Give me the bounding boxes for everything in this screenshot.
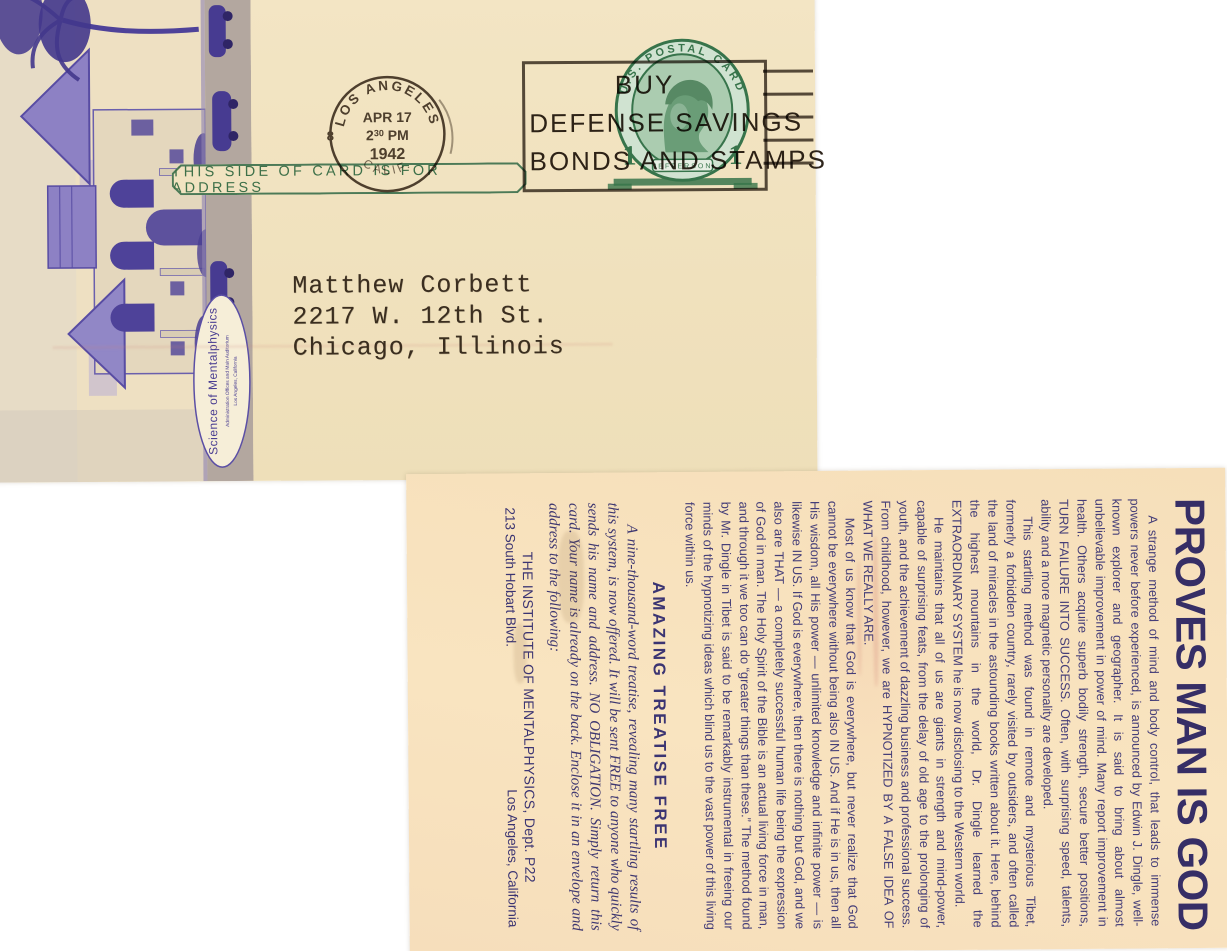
cancel-killer-bars	[763, 69, 814, 179]
postcard-front: Science of Mentalphysics Administration …	[0, 0, 817, 483]
postcard-back-content: PROVES MAN IS GOD A strange method of mi…	[406, 468, 1227, 951]
caption-title: Science of Mentalphysics	[205, 307, 220, 454]
back-paragraph-1: A strange method of mind and body contro…	[1037, 498, 1165, 927]
slogan-cancel: BUY DEFENSE SAVINGS BONDS AND STAMPS	[522, 60, 768, 192]
cancel-line3: BONDS AND STAMPS	[525, 141, 764, 180]
caption-sub1: Administration Offices and Main Auditori…	[225, 335, 232, 427]
institute-city: Los Angeles, California	[505, 789, 521, 927]
postmark-time: 230 PM	[366, 127, 409, 143]
treatise-heading: AMAZING TREATISE FREE	[648, 502, 671, 930]
cancel-line1: BUY	[525, 65, 764, 104]
postcard-back: PROVES MAN IS GOD A strange method of mi…	[406, 468, 1227, 951]
ink-smudge	[513, 623, 526, 683]
address-name: Matthew Corbett	[292, 269, 564, 302]
postmark-dial: 8	[327, 128, 334, 143]
address-city: Chicago, Illinois	[293, 331, 565, 364]
postmark-year: 1942	[370, 146, 406, 163]
caption-sub2: Los Angeles, California	[233, 356, 239, 405]
back-paragraph-2: This startling method was found in remot…	[948, 499, 1040, 928]
address-street: 2217 W. 12th St.	[292, 300, 564, 333]
photo-caption-oval: Science of Mentalphysics Administration …	[193, 295, 250, 467]
ink-smudge	[558, 531, 585, 623]
postmark: LOS ANGELES CALIF. APR 17 230 PM 1942 8	[317, 64, 458, 205]
recipient-address: Matthew Corbett 2217 W. 12th St. Chicago…	[292, 269, 565, 364]
building-illustration: Science of Mentalphysics Administration …	[0, 0, 253, 483]
cancel-line2: DEFENSE SAVINGS	[525, 103, 764, 142]
postmark-date: APR 17	[363, 109, 412, 125]
back-paragraph-4: Most of us know that God is everywhere, …	[681, 501, 862, 930]
institute-name: THE INSTITUTE OF MENTALPHYSICS, Dept. P2…	[519, 503, 538, 931]
back-title: PROVES MAN IS GOD	[1165, 498, 1216, 926]
building-scene-svg: Science of Mentalphysics Administration …	[0, 0, 253, 483]
